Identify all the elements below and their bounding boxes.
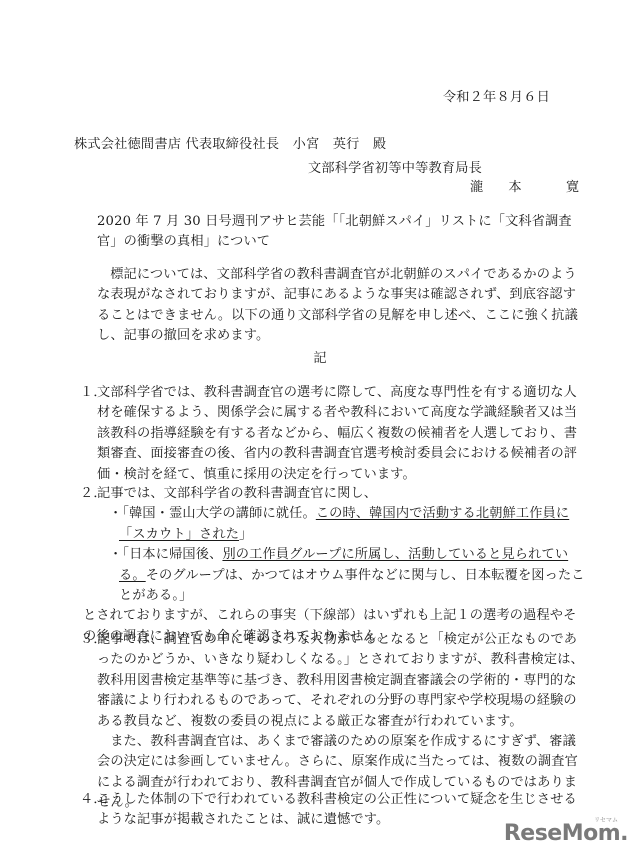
letter-date: 令和２年８月６日 [443, 88, 550, 108]
intro-paragraph: 標記については、文部科学省の教科書調査官が北朝鮮のスパイであるかのような表現がな… [97, 265, 587, 347]
item-text: 文部科学省では、教科書調査官の選考に際して、高度な専門性を有する適切な人材を確保… [97, 383, 587, 485]
quote-after: 」 [239, 527, 252, 542]
item-text: 記事では、調査官の中にそのような人物がいるとなると「検定が公正なものであったのか… [97, 630, 587, 732]
quote-plain: ・「日本に帰国後、 [109, 547, 222, 562]
subject-line: 2020 年 7 月 30 日号週刊アサヒ芸能「「北朝鮮スパイ」リストに「文科省… [97, 212, 587, 253]
quote-plain: ・「韓国・霊山大学の講師に就任。 [109, 506, 316, 521]
document-page: 令和２年８月６日 株式会社徳間書店 代表取締役社長 小宮 英行 殿 文部科学省初… [0, 0, 640, 854]
sender-name: 瀧 本 寛 [470, 178, 585, 198]
item-number: ３． [80, 630, 107, 650]
item-number: ２． [80, 484, 107, 504]
quote-after: そのグループは、かつてはオウム事件などに関与し、日本転覆を図ったことがある。」 [119, 568, 585, 603]
quote-bullet-2: ・「日本に帰国後、別の工作員グループに所属し、活動していると見られている。そのグ… [97, 545, 587, 606]
item-lead: 記事では、文部科学省の教科書調査官に関し、 [97, 484, 587, 504]
quote-bullet-1: ・「韓国・霊山大学の講師に就任。この時、韓国内で活動する北朝鮮工作員に「スカウト… [97, 504, 587, 545]
item-1: １． 文部科学省では、教科書調査官の選考に際して、高度な専門性を有する適切な人材… [97, 383, 587, 485]
sender-organization: 文部科学省初等中等教育局長 [308, 159, 482, 179]
item-number: １． [80, 383, 107, 403]
logo-text: ReseMom. [504, 821, 628, 846]
addressee: 株式会社徳間書店 代表取締役社長 小宮 英行 殿 [74, 135, 386, 155]
logo-ruby: リセマム [594, 815, 618, 824]
resemom-logo: リセマム ReseMom. [504, 821, 628, 846]
item-3: ３． 記事では、調査官の中にそのような人物がいるとなると「検定が公正なものであっ… [97, 630, 587, 814]
item-2: ２． 記事では、文部科学省の教科書調査官に関し、 ・「韓国・霊山大学の講師に就任… [97, 484, 587, 647]
ki-heading: 記 [0, 347, 640, 366]
item-number: ４． [80, 790, 107, 810]
